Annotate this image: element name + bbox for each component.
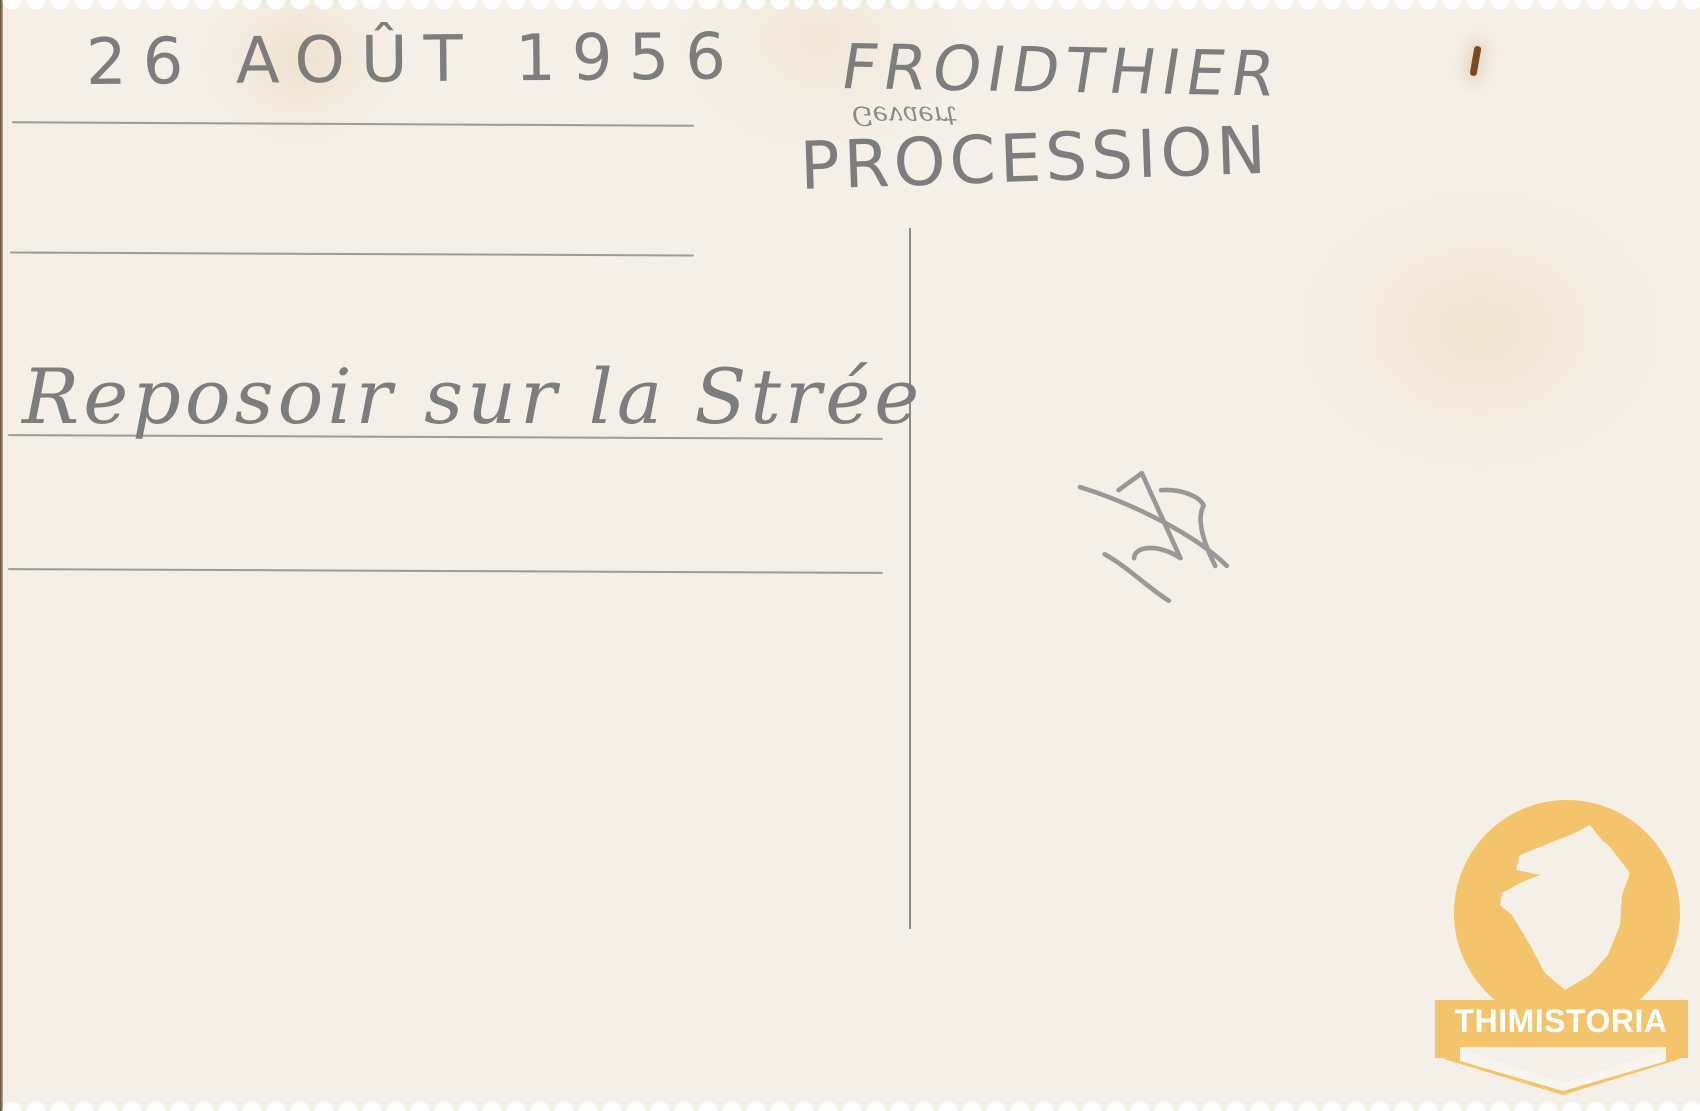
handwritten-date: 26 AOÛT 1956	[86, 20, 743, 100]
logo-label: THIMISTORIA	[1430, 1003, 1692, 1040]
center-divider	[909, 228, 911, 929]
thimistoria-emblem-icon	[1430, 795, 1692, 1095]
handwritten-place: FROIDTHIER	[836, 30, 1286, 110]
scalloped-bottom-edge	[0, 1099, 1700, 1111]
handwritten-caption: Reposoir sur la Strée	[22, 352, 923, 441]
initials-signature-icon	[1065, 450, 1265, 620]
address-line-4	[8, 568, 883, 574]
handwritten-event: PROCESSION	[799, 112, 1271, 205]
postcard-back: 26 AOÛT 1956 FROIDTHIER Gevaert PROCESSI…	[0, 0, 1700, 1111]
scalloped-top-edge	[0, 0, 1700, 12]
rust-stain	[1469, 46, 1481, 77]
thimistoria-logo: THIMISTORIA	[1430, 795, 1692, 1095]
card-edge	[0, 0, 3, 1111]
address-line-2	[10, 252, 694, 257]
address-line-1	[12, 121, 694, 127]
